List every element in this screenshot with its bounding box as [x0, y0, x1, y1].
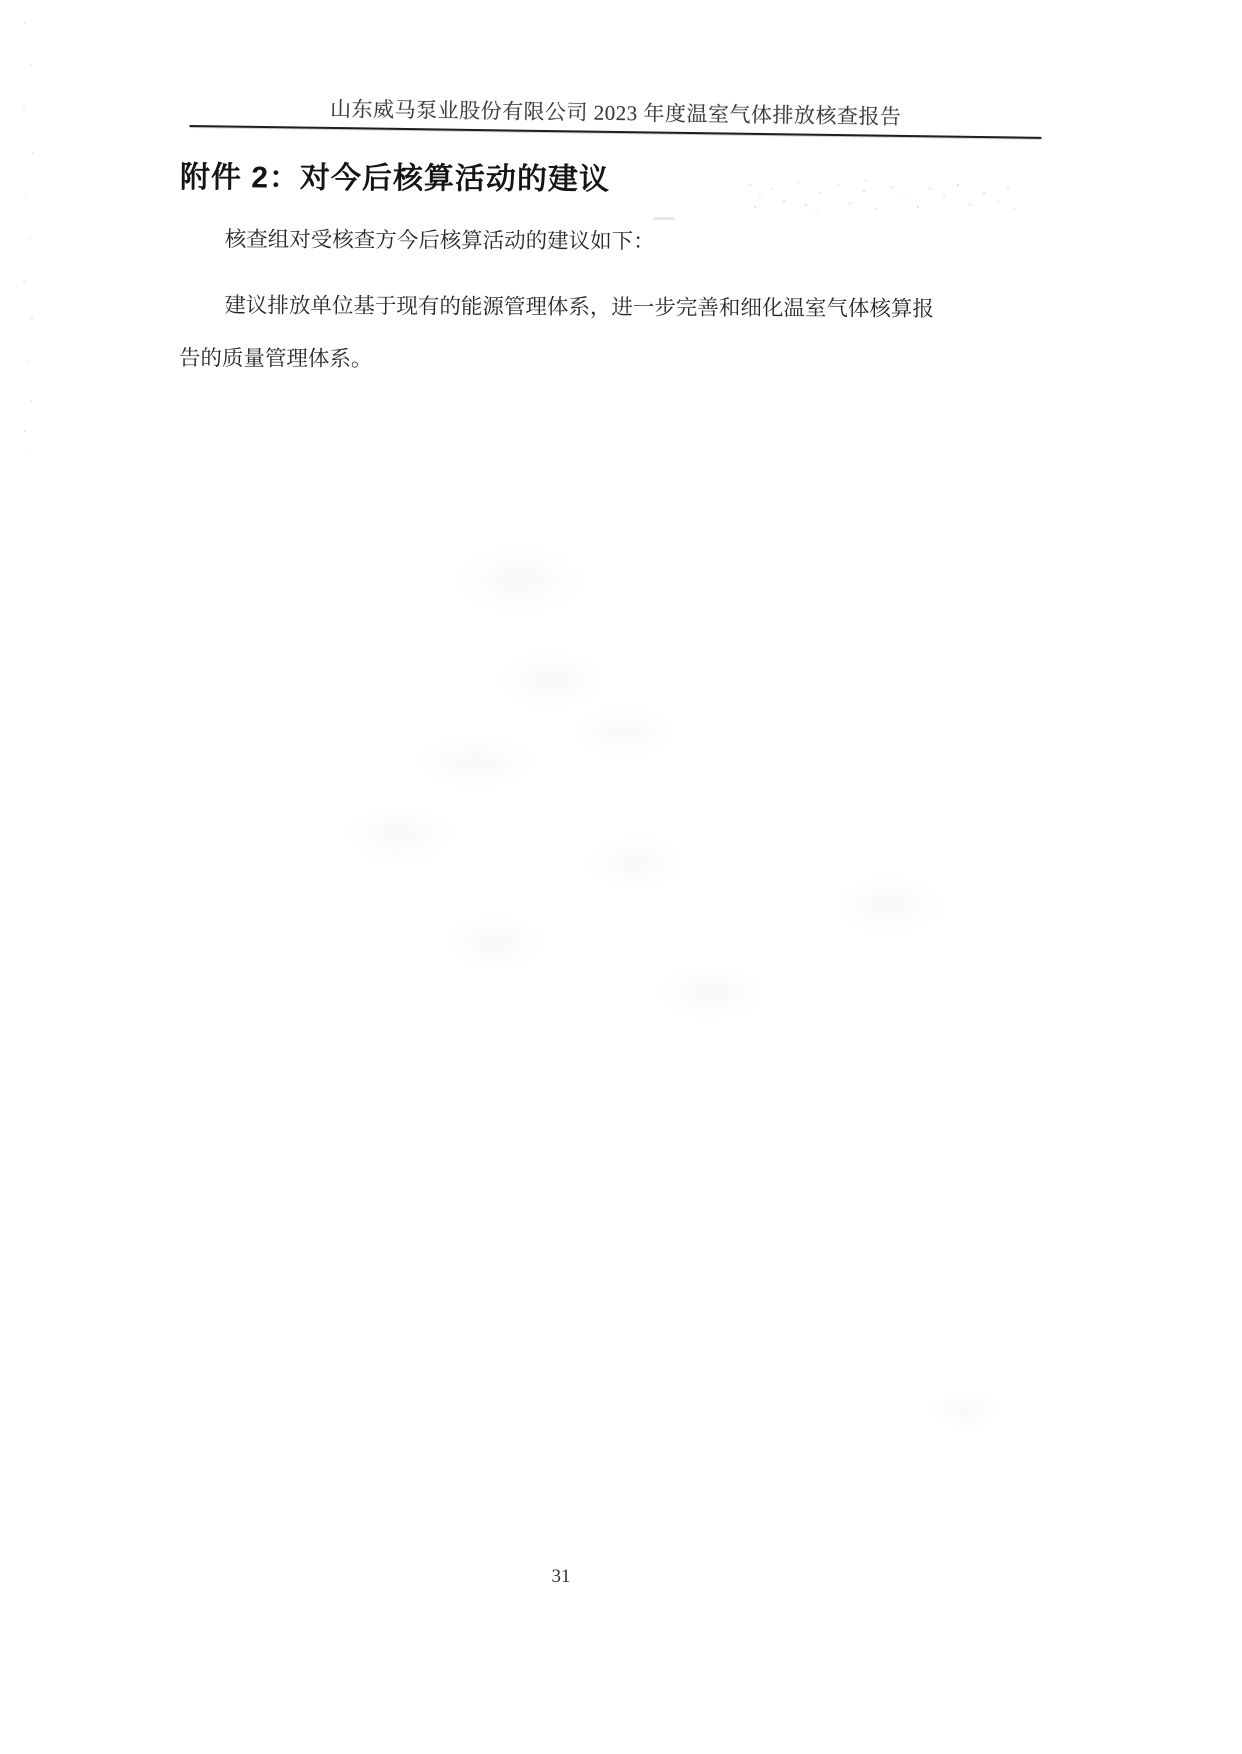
scan-noise-speckles-right-of-heading	[745, 178, 747, 180]
paragraph-recommendation-line-1: 建议排放单位基于现有的能源管理体系，进一步完善和细化温室气体核算报	[179, 279, 941, 336]
scan-smudge	[445, 915, 545, 970]
scan-smudge	[415, 735, 535, 790]
scan-smudge	[455, 545, 585, 615]
scan-noise-speckles-left-edge	[22, 12, 24, 14]
scan-smudge	[930, 1390, 1000, 1430]
scan-smudge	[835, 875, 945, 935]
scan-smudge	[655, 965, 765, 1020]
scan-smudge	[345, 805, 455, 865]
paragraph-recommendation: 建议排放单位基于现有的能源管理体系，进一步完善和细化温室气体核算报 告的质量管理…	[179, 279, 942, 389]
page-header: 山东威马泵业股份有限公司 2023 年度温室气体排放核查报告	[190, 94, 1042, 139]
scanned-report-page: 山东威马泵业股份有限公司 2023 年度温室气体排放核查报告 附件 2：对今后核…	[0, 0, 1242, 1754]
scan-smudge	[585, 835, 685, 890]
attachment-heading: 附件 2：对今后核算活动的建议	[180, 160, 942, 200]
content-block: 附件 2：对今后核算活动的建议 核查组对受核查方今后核算活动的建议如下： 建议排…	[179, 160, 942, 389]
scan-noise-gray-dash	[653, 217, 675, 220]
paragraph-recommendation-line-2: 告的质量管理体系。	[179, 332, 941, 389]
paragraph-intro: 核查组对受核查方今后核算活动的建议如下：	[180, 224, 942, 259]
page-number: 31	[180, 1566, 942, 1588]
scan-smudge	[575, 705, 675, 760]
scan-smudge	[495, 650, 605, 710]
